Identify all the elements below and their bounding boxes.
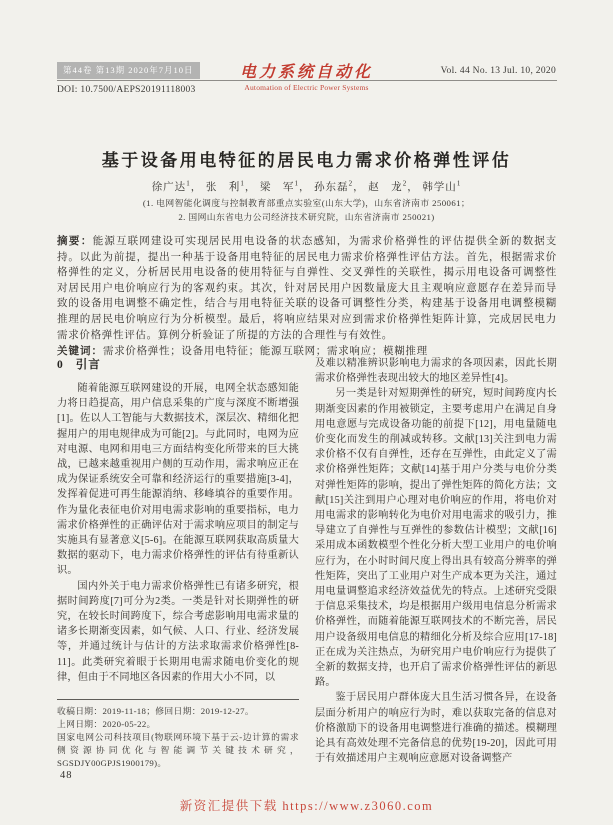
abstract-label: 摘要： [57,236,93,247]
body-paragraph: 鉴于居民用户群体庞大且生活习惯各异，在设备层面分析用户的响应行为时，难以获取完备… [315,690,557,766]
author: 张 利 [206,182,241,193]
journal-page: 第44卷 第13期 2020年7月10日 DOI: 10.7500/AEPS20… [0,0,613,825]
affiliation-line: 2. 国网山东省电力公司经济技术研究院，山东省济南市 250021) [0,210,613,224]
paper-title: 基于设备用电特征的居民电力需求价格弹性评估 [0,146,613,171]
footnote-funding: 国家电网公司科技项目(物联网环境下基于云-边计算的需求侧资源协同优化与智能调节关… [57,731,299,770]
author-separator: ， [353,182,365,193]
author-separator: ， [299,182,311,193]
right-column: 及难以精准辨识影响电力需求的各项因素，因此长期需求价格弹性表现出较大的地区差异性… [315,356,557,792]
author-line: 徐广达1， 张 利1， 梁 军1， 孙东磊2， 赵 龙2， 韩学山1 [0,179,613,194]
author: 赵 龙 [368,182,403,193]
body-paragraph: 及难以精准辨识影响电力需求的各项因素，因此长期需求价格弹性表现出较大的地区差异性… [315,356,557,386]
body-paragraph: 国内外关于电力需求价格弹性已有诸多研究，根据时间跨度[7]可分为2类。一类是针对… [57,579,299,685]
affiliation-line: (1. 电网智能化调度与控制教育部重点实验室(山东大学)，山东省济南市 2500… [0,196,613,210]
watermark-text: 新资汇提供下载 https://www.z3060.com [0,796,613,814]
body-paragraph: 随着能源互联网建设的开展，电网全状态感知能力将日趋提高，用户信息采集的广度与深度… [57,381,299,579]
author: 徐广达 [152,182,187,193]
section-title: 引言 [76,359,101,371]
footnote-online-date: 上网日期：2020-05-22。 [57,718,299,731]
author: 梁 军 [260,182,295,193]
abstract-block: 摘要：能源互联网建设可实现居民用电设备的状态感知，为需求价格弹性的评估提供全新的… [57,234,557,360]
section-heading: 0引言 [57,356,299,372]
author: 孙东磊 [314,182,349,193]
journal-logo-en: Automation of Electric Power Systems [0,83,613,92]
footnote-block: 收稿日期：2019-11-18；修回日期：2019-12-27。 上网日期：20… [57,699,299,770]
author: 韩学山 [422,182,457,193]
page-number: 48 [60,770,73,781]
abstract-paragraph: 摘要：能源互联网建设可实现居民用电设备的状态感知，为需求价格弹性的评估提供全新的… [57,234,557,343]
volume-info: Vol. 44 No. 13 Jul. 10, 2020 [441,66,556,76]
author-affil-sup: 1 [457,180,462,188]
footnote-received-date: 收稿日期：2019-11-18；修回日期：2019-12-27。 [57,705,299,718]
affiliations: (1. 电网智能化调度与控制教育部重点实验室(山东大学)，山东省济南市 2500… [0,196,613,224]
author-separator: ， [245,182,257,193]
author-separator: ， [407,182,419,193]
section-number: 0 [57,359,64,371]
author-separator: ， [191,182,203,193]
abstract-text: 能源互联网建设可实现居民用电设备的状态感知，为需求价格弹性的评估提供全新的数据支… [57,236,557,341]
body-paragraph: 另一类是针对短期弹性的研究，短时间跨度内长期渐变因素的作用被锁定，主要考虑用户在… [315,386,557,690]
